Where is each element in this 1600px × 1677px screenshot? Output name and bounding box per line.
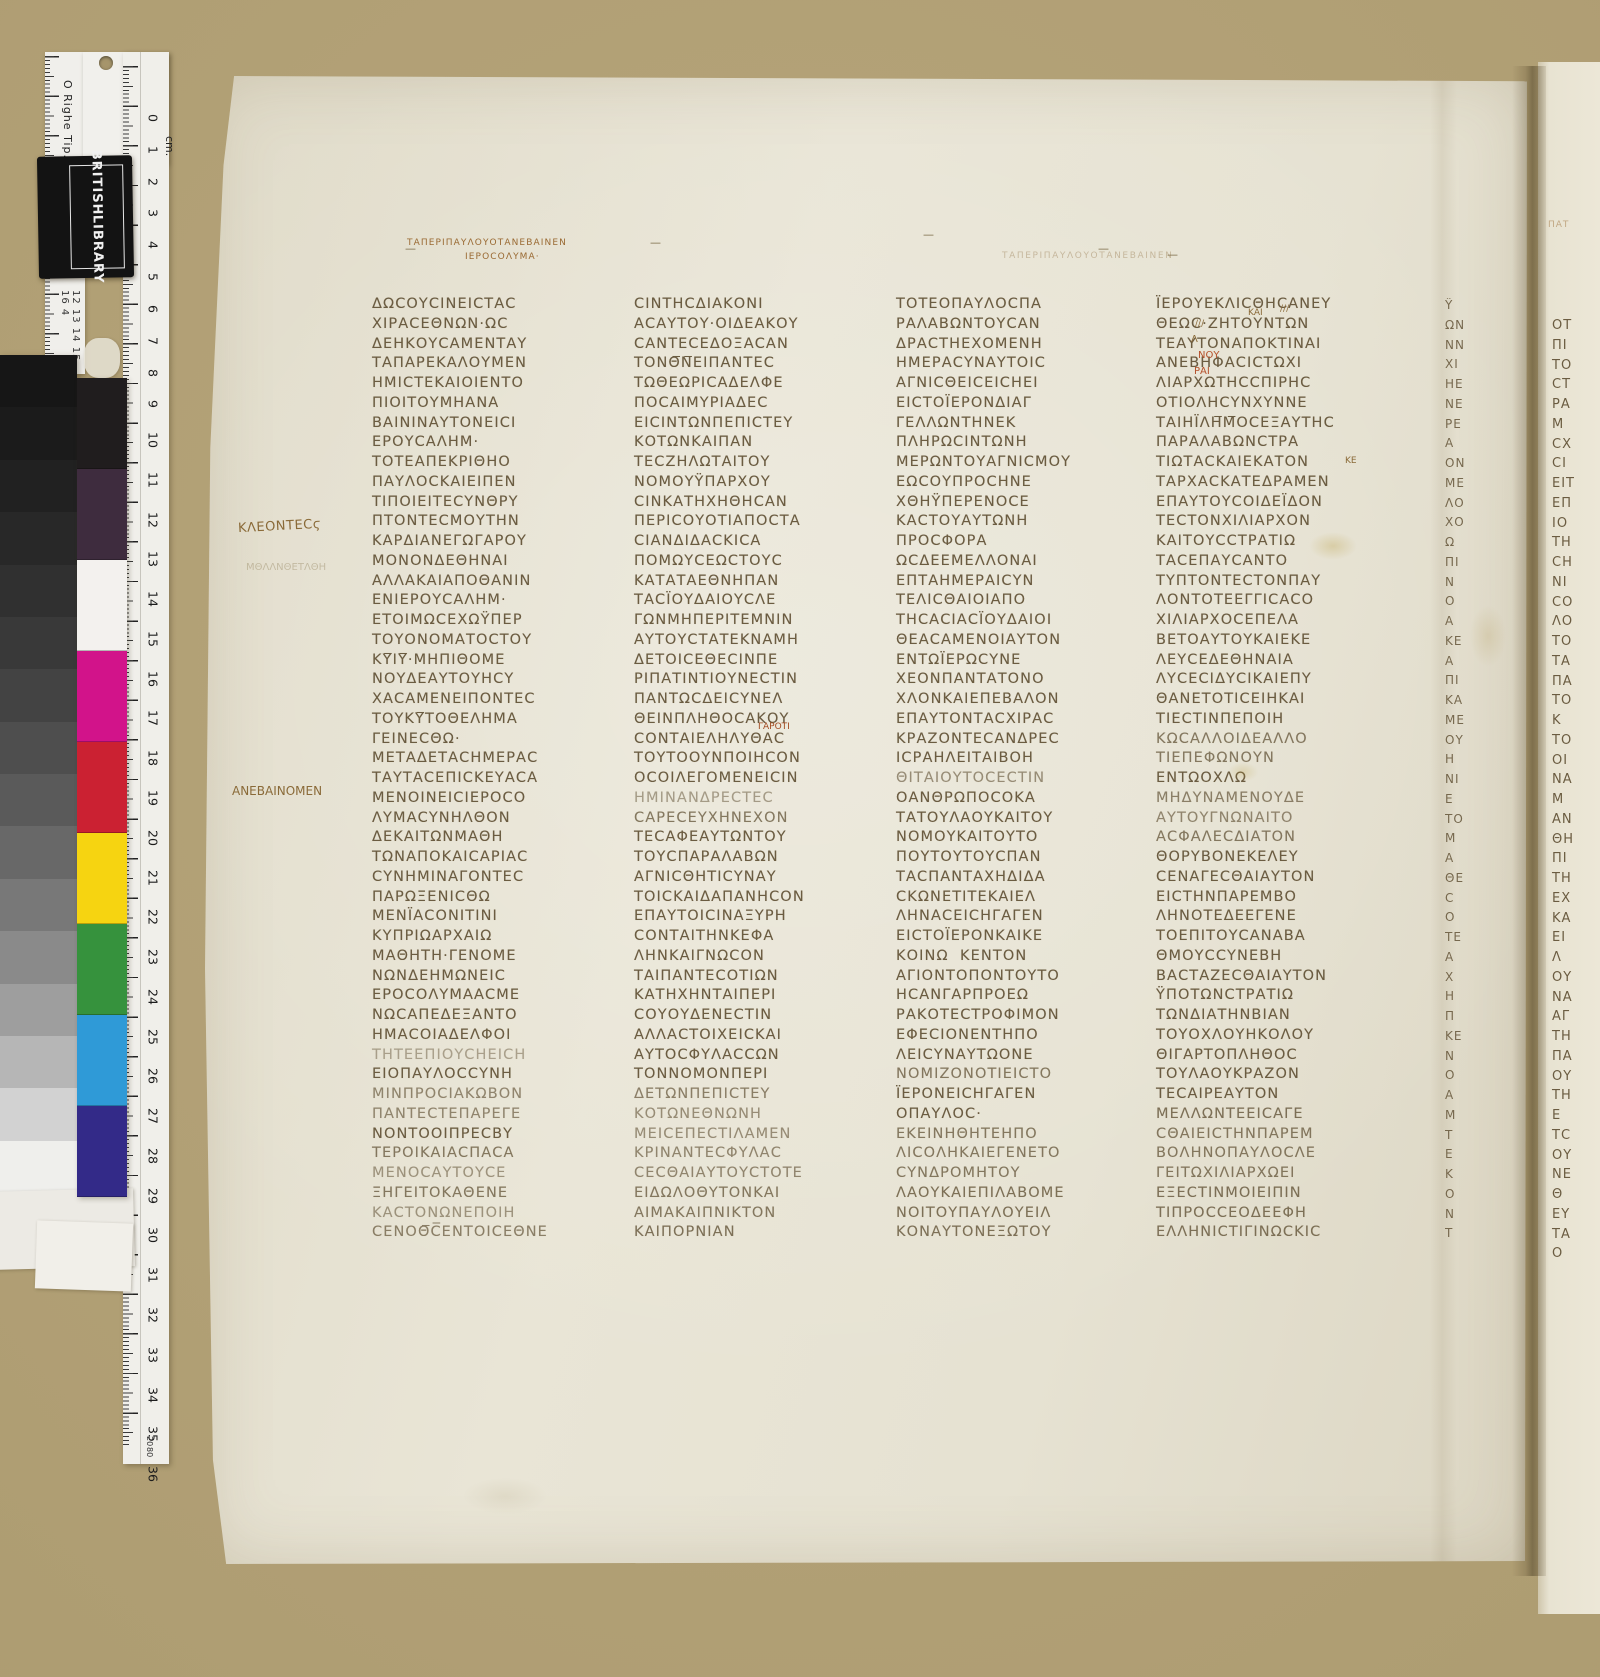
- text-fragment: ΟΝ: [1445, 456, 1489, 476]
- text-fragment: Ο: [1445, 1068, 1489, 1088]
- text-line: ΛΗΝΚΑΙΓΝΩCΟΝ: [634, 948, 896, 968]
- margin-annotation: ΜΘΛΛΝΘΕΤΛΘΗ: [246, 562, 326, 573]
- text-line: ΒΑCΤΑΖΕCΘΑΙΑΥΤΟΝ: [1156, 968, 1432, 988]
- text-line: ΚΡΑΖΟΝΤΕCΑΝΔΡΕC: [896, 731, 1154, 751]
- margin-annotation: ∕∕∕: [1280, 304, 1289, 314]
- text-fragment: ΝΕ: [1552, 1167, 1600, 1187]
- text-line: ΠΟCΑΙΜΥΡΙΑΔΕC: [634, 395, 896, 415]
- text-line: ΕΠΑΥΤΟΝΤΑCΧΙΡΑC: [896, 711, 1154, 731]
- text-line: ΠΛΗΡΩCΙΝΤΩΝΗ: [896, 434, 1154, 454]
- text-fragment: ΕΧ: [1552, 891, 1600, 911]
- text-fragment: ΕΙ: [1552, 930, 1600, 950]
- text-line: ΝΟΙΤΟΥΠΑΥΛΟΥΕΙΛ: [896, 1205, 1154, 1225]
- text-line: ΕΙΟΠΑΥΛΟCCΥΝΗ: [372, 1066, 634, 1086]
- text-line: CΟΝΤΑΙΤΗΝΚΕΦΑ: [634, 928, 896, 948]
- text-line: ΜΙΝΠΡΟCΙΑΚΩΒΟΝ: [372, 1086, 634, 1106]
- color-patch: [77, 924, 127, 1015]
- text-line: ΑΛΛΑΚΑΙΑΠΟΘΑΝΙΝ: [372, 573, 634, 593]
- text-line: ΑΓΝΙCΘΕΙCΕΙCΗΕΙ: [896, 375, 1154, 395]
- text-fragment: Ν: [1445, 1049, 1489, 1069]
- text-line: ΕΙΔΩΛΟΘΥΤΟΝΚΑΙ: [634, 1185, 896, 1205]
- next-folio-title-fragment: ΠΑΤ: [1548, 220, 1569, 230]
- text-fragment: ΧΙ: [1445, 357, 1489, 377]
- text-line: ΠΕΡΙCΟΥΟΤΙΑΠΟCΤΑ: [634, 513, 896, 533]
- ruler-number: 2: [146, 178, 161, 186]
- margin-annotation: ΚΑΙ: [1248, 308, 1263, 318]
- ruler-number: 7: [146, 337, 161, 345]
- ruler-number: 12: [146, 512, 161, 528]
- text-line: CΙΝΚΑΤΗΧΗΘΗCΑΝ: [634, 494, 896, 514]
- text-line: ΜΗΔΥΝΑΜΕΝΟΥΔΕ: [1156, 790, 1432, 810]
- grayscale-step: [0, 460, 77, 512]
- text-line: ΒΕΤΟΑΥΤΟΥΚΑΙΕΚΕ: [1156, 632, 1432, 652]
- text-fragment: CΟ: [1552, 595, 1600, 615]
- text-line: ΚΥ̅ΙΥ̅·ΜΗΠΙΘΟΜΕ: [372, 652, 634, 672]
- color-patch: [77, 1106, 127, 1197]
- text-line: ΠΤΟΝΤΕCΜΟΥΤΗΝ: [372, 513, 634, 533]
- text-line: CΚΩΝΕΤΙΤΕΚΑΙΕΛ: [896, 889, 1154, 909]
- grayscale-step: [0, 407, 77, 459]
- text-line: ΕΤΟΙΜΩCΕΧΩΫΠΕΡ: [372, 612, 634, 632]
- ruler-number: 23: [146, 949, 161, 965]
- text-fragment: ΩΝ: [1445, 318, 1489, 338]
- text-fragment: Μ: [1552, 792, 1600, 812]
- text-line: ΟΑΝΘΡΩΠΟCΟΚΑ: [896, 790, 1154, 810]
- text-line: ΔΕΗΚΟΥCΑΜΕΝΤΑΥ: [372, 336, 634, 356]
- text-line: ΚΑΤΗΧΗΝΤΑΙΠΕΡΙ: [634, 987, 896, 1007]
- next-folio-text-fragments: ΟΤΠΙΤΟCΤΡΑΜCΧCΙΕΙΤΕΠΙΟΤΗCΗΝΙCΟΛΟΤΟΤΑΠΑΤΟ…: [1552, 318, 1600, 1266]
- text-line: ΛΕΙCΥΝΑΥΤΩΟΝΕ: [896, 1047, 1154, 1067]
- text-line: ΕΝΙΕΡΟΥCΑΛΗΜ·: [372, 592, 634, 612]
- text-fragment: ΤΗ: [1552, 1029, 1600, 1049]
- running-title-line1: ΤΑΠΕΡΙΠΑΥΛΟΥΟΤΑΝΕΒΑΙΝΕΝ: [407, 238, 567, 248]
- ruler-number: 10: [146, 432, 161, 448]
- color-patch: [77, 469, 127, 560]
- ruler-number: 5: [146, 273, 161, 281]
- text-line: ΜΕΙCΕΠΕCΤΙΛΑΜΕΝ: [634, 1126, 896, 1146]
- text-line: ΟΠΑΥΛΟC·: [896, 1106, 1154, 1126]
- text-line: ΤΑΤΟΥΛΑΟΥΚΑΙΤΟΥ: [896, 810, 1154, 830]
- text-fragment: ΝΙ: [1552, 575, 1600, 595]
- text-fragment: Ε: [1445, 792, 1489, 812]
- text-fragment: ΕΙΤ: [1552, 476, 1600, 496]
- text-line: ΑΥΤΟΥCΤΑΤΕΚΝΑΜΗ: [634, 632, 896, 652]
- text-line: ΑΥΤΟCΦΥΛΑCCΩΝ: [634, 1047, 896, 1067]
- grayscale-step: [0, 1088, 77, 1140]
- text-line: ΝΟΝΤΟΟΙΠΡΕCΒΥ: [372, 1126, 634, 1146]
- punch-hole: [99, 56, 113, 70]
- text-fragment: ΠΙ: [1445, 555, 1489, 575]
- margin-annotation: —: [405, 242, 416, 255]
- text-line: ΑCΦΑΛΕCΔΙΑΤΟΝ: [1156, 829, 1432, 849]
- text-line: ΤΗΤΕΕΠΙΟΥCΗΕΙCΗ: [372, 1047, 634, 1067]
- page-edge-text-fragments: ΫΩΝΝΝΧΙΗΕΝΕΡΕΑΟΝΜΕΛΟΧΟΩΠΙΝΟΑΚΕΑΠΙΚΑΜΕΟΥΗ…: [1445, 298, 1489, 1246]
- text-line: ΤΟΕΠΙΤΟΥCΑΝΑΒΑ: [1156, 928, 1432, 948]
- text-line: ΘΙΤΑΙΟΥΤΟCΕCΤΙΝ: [896, 770, 1154, 790]
- text-line: ΤΕCΑΙΡΕΑΥΤΟΝ: [1156, 1086, 1432, 1106]
- ruler-number: 20: [146, 830, 161, 846]
- text-line: ΛΥCΕCΙΔΥCΙΚΑΙΕΠΥ: [1156, 671, 1432, 691]
- text-line: ΤΙΠΡΟCCΕΟΔΕΕΦΗ: [1156, 1205, 1432, 1225]
- text-line: ΤΕΛΙCΘΑΙΟΙΑΠΟ: [896, 592, 1154, 612]
- grayscale-step: [0, 617, 77, 669]
- text-line: ΚΑΡΔΙΑΝΕΓΩΓΑΡΟΥ: [372, 533, 634, 553]
- ruler-number: 29: [146, 1188, 161, 1204]
- text-line: ΤΑCΪΟΥΔΑΙΟΥCΛΕ: [634, 592, 896, 612]
- text-fragment: ΡΑ: [1552, 397, 1600, 417]
- paper-scrap: [84, 338, 120, 378]
- text-line: ΜΕΡΩΝΤΟΥΑΓΝΙCΜΟΥ: [896, 454, 1154, 474]
- margin-annotation: ΓΑΡΟΤΙ: [758, 722, 790, 732]
- margin-annotation: ΡΑΙ: [1194, 366, 1210, 377]
- text-line: ΕΙCΤΟΪΕΡΟΝΔΙΑΓ: [896, 395, 1154, 415]
- ruler-number: 36: [146, 1466, 161, 1482]
- grayscale-step: [0, 355, 77, 407]
- british-library-tag: BRITISH LIBRARY: [37, 155, 134, 279]
- text-line: ΕΝΤΩΪΕΡΩCΥΝΕ: [896, 652, 1154, 672]
- text-line: ΠΡΟCΦΟΡΑ: [896, 533, 1154, 553]
- color-patch: [77, 742, 127, 833]
- grayscale-target: [0, 355, 77, 1193]
- text-fragment: Α: [1445, 851, 1489, 871]
- text-line: CΙΑΝΔΙΔΑCΚΙCΑ: [634, 533, 896, 553]
- text-line: ΕΡΟΥCΑΛΗΜ·: [372, 434, 634, 454]
- text-fragment: ΧΟ: [1445, 515, 1489, 535]
- grayscale-step: [0, 565, 77, 617]
- text-fragment: Μ: [1445, 831, 1489, 851]
- tag-line-british: BRITISH: [87, 149, 105, 215]
- text-fragment: ΤΕ: [1445, 930, 1489, 950]
- text-fragment: ΤΑ: [1552, 1227, 1600, 1247]
- next-folio-edge: ΠΑΤ ΟΤΠΙΤΟCΤΡΑΜCΧCΙΕΙΤΕΠΙΟΤΗCΗΝΙCΟΛΟΤΟΤΑ…: [1538, 62, 1600, 1614]
- grayscale-step: [0, 984, 77, 1036]
- text-fragment: ΤΟ: [1445, 812, 1489, 832]
- text-line: ΔΕΤΟΙCΕΘΕCΙΝΠΕ: [634, 652, 896, 672]
- ruler-number: 0: [146, 114, 161, 122]
- text-line: ΡΙΠΑΤΙΝΤΙΟΥΝΕCΤΙΝ: [634, 671, 896, 691]
- text-line: CΙΝΤΗCΔΙΑΚΟΝΙ: [634, 296, 896, 316]
- tag-text: BRITISH LIBRARY: [87, 149, 106, 284]
- text-line: ΪΕΡΟΝΕΙCΗΓΑΓΕΝ: [896, 1086, 1154, 1106]
- text-line: ΘΟΡΥΒΟΝΕΚΕΛΕΥ: [1156, 849, 1432, 869]
- ruler-number: 13: [146, 551, 161, 567]
- text-line: ΕΡΟCΟΛΥΜΑΑCΜΕ: [372, 987, 634, 1007]
- text-line: ΚΡΙΝΑΝΤΕCΦΥΛΑC: [634, 1145, 896, 1165]
- text-line: ΔΡΑCΤΗΕΧΟΜΕΝΗ: [896, 336, 1154, 356]
- text-fragment: Τ: [1445, 1128, 1489, 1148]
- grayscale-step: [0, 722, 77, 774]
- ruler-number: 19: [146, 790, 161, 806]
- text-line: ΤΟΥCΠΑΡΑΛΑΒΩΝ: [634, 849, 896, 869]
- text-fragment: ΡΕ: [1445, 417, 1489, 437]
- text-line: ΕΙCΤΗΝΠΑΡΕΜΒΟ: [1156, 889, 1432, 909]
- color-patch: [77, 560, 127, 651]
- text-line: ΧΙΛΙΑΡΧΟCΕΠΕΛΑ: [1156, 612, 1432, 632]
- color-patch: [77, 1015, 127, 1106]
- text-line: ΤΟΥΚΥ̅ΤΟΘΕΛΗΜΑ: [372, 711, 634, 731]
- text-fragment: ΑΝ: [1552, 812, 1600, 832]
- text-line: ΚΑCΤΟΝΩΝΕΠΟΙΗ: [372, 1205, 634, 1225]
- text-line: ΕΠΑΥΤΟΙCΙΝΑΞΥΡΗ: [634, 908, 896, 928]
- text-line: ΝΟΥΔΕΑΥΤΟΥΗCΥ: [372, 671, 634, 691]
- text-line: ΛΕΥCΕΔΕΘΗΝΑΙΑ: [1156, 652, 1432, 672]
- text-line: ΛΙΑΡΧΩΤΗCCΠΙΡΗC: [1156, 375, 1432, 395]
- text-line: ΓΩΝΜΗΠΕΡΙΤΕΜΝΙΝ: [634, 612, 896, 632]
- ruler-number: 32: [146, 1307, 161, 1323]
- text-line: ΘΑΝΕΤΟΤΙCΕΙΗΚΑΙ: [1156, 691, 1432, 711]
- text-line: ΜΕΝΟCΑΥΤΟΥCΕ: [372, 1165, 634, 1185]
- text-line: ΜΕΛΛΩΝΤΕΕΙCΑΓΕ: [1156, 1106, 1432, 1126]
- grayscale-step: [0, 1141, 77, 1193]
- text-fragment: ΚΕ: [1445, 1029, 1489, 1049]
- text-line: ΗΜΑCΟΙΑΔΕΛΦΟΙ: [372, 1027, 634, 1047]
- text-fragment: ΠΑ: [1552, 674, 1600, 694]
- text-line: ΝΟΜΟΥΫΠΑΡΧΟΥ: [634, 474, 896, 494]
- text-fragment: ΝΑ: [1552, 772, 1600, 792]
- text-fragment: Κ: [1552, 713, 1600, 733]
- text-fragment: ΚΑ: [1445, 693, 1489, 713]
- text-line: ΕΦΕCΙΟΝΕΝΤΗΠΟ: [896, 1027, 1154, 1047]
- ruler-numbers: 0123456789101112131415161718192021222324…: [143, 114, 163, 1482]
- text-line: CΕCΘΑΙΑΥΤΟΥCΤΟΤΕ: [634, 1165, 896, 1185]
- text-line: ΤΕΡΟΙΚΑΙΑCΠΑCΑ: [372, 1145, 634, 1165]
- text-fragment: ΝΑ: [1552, 990, 1600, 1010]
- margin-annotation: —: [923, 228, 934, 241]
- text-line: ΤΑCΠΑΝΤΑΧΗΔΙΔΑ: [896, 869, 1154, 889]
- tag-border: BRITISH LIBRARY: [69, 164, 125, 269]
- text-line: ΛΙCΟΛΗΚΑΙΕΓΕΝΕΤΟ: [896, 1145, 1154, 1165]
- text-line: ΜΑΘΗΤΗ·ΓΕΝΟΜΕ: [372, 948, 634, 968]
- text-column-4: ΪΕΡΟΥΕΚΛΙCΘΗCΑΝΕΥΘΕΩC·ΖΗΤΟΥΝΤΩΝΤΕΑΥΤΟΝΑΠ…: [1156, 296, 1432, 1244]
- text-line: ΤΙΩΤΑCΚΑΙΕΚΑΤΟΝ: [1156, 454, 1432, 474]
- text-fragment: Ο: [1445, 910, 1489, 930]
- grayscale-step: [0, 512, 77, 564]
- text-line: CΟΝΤΑΙΕΛΗΛΥΘΑC: [634, 731, 896, 751]
- text-line: ΤΩΘΕΩΡΙCΑΔΕΛΦΕ: [634, 375, 896, 395]
- text-line: ΤΟΥΟΧΛΟΥΗΚΟΛΟΥ: [1156, 1027, 1432, 1047]
- text-line: ΤΗCΑCΙΑCΪΟΥΔΑΙΟΙ: [896, 612, 1154, 632]
- color-patch: [77, 651, 127, 742]
- text-line: ΤΟΝΝΟΜΟΝΠΕΡΙ: [634, 1066, 896, 1086]
- text-line: ΠΑΝΤΩCΔΕΙCΥΝΕΛ: [634, 691, 896, 711]
- text-fragment: ΟΙ: [1552, 753, 1600, 773]
- text-fragment: ΝΙ: [1445, 772, 1489, 792]
- text-line: ΓΕΙΤΩΧΙΛΙΑΡΧΩΕΙ: [1156, 1165, 1432, 1185]
- text-line: ΝΟΜΙΖΟΝΟΤΙΕΙCΤΟ: [896, 1066, 1154, 1086]
- text-line: ΚΑΤΑΤΑΕΘΝΗΠΑΝ: [634, 573, 896, 593]
- text-fragment: Ε: [1445, 1147, 1489, 1167]
- text-line: CΑΡΕCΕΥΧΗΝΕΧΟΝ: [634, 810, 896, 830]
- grayscale-step: [0, 931, 77, 983]
- text-fragment: Κ: [1445, 1167, 1489, 1187]
- text-line: ΪΕΡΟΥΕΚΛΙCΘΗCΑΝΕΥ: [1156, 296, 1432, 316]
- text-line: CΘΑΙΕΙCΤΗΝΠΑΡΕΜ: [1156, 1126, 1432, 1146]
- text-fragment: ΤΟ: [1552, 693, 1600, 713]
- grayscale-step: [0, 826, 77, 878]
- text-line: CΥΝΔΡΟΜΗΤΟΥ: [896, 1165, 1154, 1185]
- ruler-number: 22: [146, 909, 161, 925]
- ruler-number: 17: [146, 710, 161, 726]
- text-fragment: ΛΟ: [1552, 614, 1600, 634]
- ruler-number: 33: [146, 1347, 161, 1363]
- text-fragment: Α: [1445, 1088, 1489, 1108]
- text-fragment: Η: [1445, 989, 1489, 1009]
- text-line: ΟΤΙΟΛΗCΥΝΧΥΝΝΕ: [1156, 395, 1432, 415]
- text-line: ΗCΑΝΓΑΡΠΡΟΕΩ: [896, 987, 1154, 1007]
- margin-annotation: Λ: [1191, 334, 1198, 345]
- text-line: ΒΑΙΝΙΝΑΥΤΟΝΕΙCΙ: [372, 415, 634, 435]
- text-fragment: ΟΤ: [1552, 318, 1600, 338]
- ruler-number: 34: [146, 1387, 161, 1403]
- manuscript-photograph: O Righe Tip. 1 2 3 4 12 13 14 15 16 4 cm…: [0, 0, 1600, 1677]
- text-line: ΤΟΥΟΝΟΜΑΤΟCΤΟΥ: [372, 632, 634, 652]
- text-fragment: ΛΟ: [1445, 496, 1489, 516]
- text-fragment: Ω: [1445, 535, 1489, 555]
- text-fragment: ΠΙ: [1552, 338, 1600, 358]
- text-line: ΚΥΠΡΙΩΑΡΧΑΙΩ: [372, 928, 634, 948]
- ruler-number: 14: [146, 591, 161, 607]
- ruler-number: 15: [146, 631, 161, 647]
- manuscript-page: ΤΑΠΕΡΙΠΑΥΛΟΥΟΤΑΝΕΒΑΙΝΕΝ ΙΕΡΟCΟΛΥΜΑ· ΤΑΠΕ…: [205, 76, 1527, 1564]
- text-fragment: Χ: [1445, 970, 1489, 990]
- text-line: ΫΠΟΤΩΝCΤΡΑΤΙΩ: [1156, 987, 1432, 1007]
- text-line: ΤΑΙΗΪΛΗ̅Μ̅ΟCΕΞΑΥΤΗC: [1156, 415, 1432, 435]
- text-line: ΘΙΓΑΡΤΟΠΛΗΘΟC: [1156, 1047, 1432, 1067]
- text-fragment: ΘΗ: [1552, 832, 1600, 852]
- text-line: ΤΑΠΑΡΕΚΑΛΟΥΜΕΝ: [372, 355, 634, 375]
- text-line: ΧΑCΑΜΕΝΕΙΠΟΝΤΕC: [372, 691, 634, 711]
- ruler-number: 27: [146, 1108, 161, 1124]
- text-fragment: ΟΥ: [1445, 733, 1489, 753]
- text-fragment: ΘΕ: [1445, 871, 1489, 891]
- text-line: ΤΩΝΑΠΟΚΑΙCΑΡΙΑC: [372, 849, 634, 869]
- text-fragment: ΗΕ: [1445, 377, 1489, 397]
- text-line: ΔΩCΟΥCΙΝΕΙCΤΑC: [372, 296, 634, 316]
- text-fragment: ΤΗ: [1552, 1088, 1600, 1108]
- text-line: ΑΙΜΑΚΑΙΠΝΙΚΤΟΝ: [634, 1205, 896, 1225]
- text-line: ΠΑΡΑΛΑΒΩΝCΤΡΑ: [1156, 434, 1432, 454]
- margin-annotation: ΝΟΥ: [1198, 350, 1219, 361]
- text-line: ΜΕΤΑΔΕΤΑCΗΜΕΡΑC: [372, 750, 634, 770]
- text-line: ΝΟΜΟΥΚΑΙΤΟΥΤΟ: [896, 829, 1154, 849]
- text-line: ΜΟΝΟΝΔΕΘΗΝΑΙ: [372, 553, 634, 573]
- text-line: ΠΙΟΙΤΟΥΜΗΑΝΑ: [372, 395, 634, 415]
- text-line: ΗΜΙΝΑΝΔΡΕCΤΕC: [634, 790, 896, 810]
- ruler-number: 9: [146, 400, 161, 408]
- color-target: [77, 378, 127, 1197]
- text-fragment: Θ: [1552, 1187, 1600, 1207]
- text-fragment: CΗ: [1552, 555, 1600, 575]
- text-line: ΤΕCΤΟΝΧΙΛΙΑΡΧΟΝ: [1156, 513, 1432, 533]
- text-fragment: CΤ: [1552, 377, 1600, 397]
- text-line: ΚΑCΤΟΥΑΥΤΩΝΗ: [896, 513, 1154, 533]
- paper-scrap: [35, 1220, 133, 1291]
- text-line: ΑΥΤΟΥΓΝΩΝΑΙΤΟ: [1156, 810, 1432, 830]
- text-fragment: ΕΠ: [1552, 496, 1600, 516]
- grayscale-step: [0, 1036, 77, 1088]
- text-line: ΤΟΤΕΟΠΑΥΛΟCΠΑ: [896, 296, 1154, 316]
- text-line: ΑΓΝΙCΘΗΤΙCΥΝΑΥ: [634, 869, 896, 889]
- ruler-number: 24: [146, 989, 161, 1005]
- text-line: ΤΑΡΧΑCΚΑΤΕΔΡΑΜΕΝ: [1156, 474, 1432, 494]
- ruler-number: 26: [146, 1068, 161, 1084]
- text-fragment: ΟΥ: [1552, 1148, 1600, 1168]
- text-fragment: Α: [1445, 436, 1489, 456]
- text-line: ΠΑΡΩΞΕΝΙCΘΩ: [372, 889, 634, 909]
- text-fragment: ΟΥ: [1552, 970, 1600, 990]
- text-line: ΗΜΕΡΑCΥΝΑΥΤΟΙC: [896, 355, 1154, 375]
- ruler-number: 16: [146, 671, 161, 687]
- text-line: ΚΟΤΩΝΚΑΙΠΑΝ: [634, 434, 896, 454]
- grayscale-step: [0, 879, 77, 931]
- text-fragment: ΠΑ: [1552, 1049, 1600, 1069]
- text-line: ΜΕΝΟΙΝΕΙCΙΕΡΟCΟ: [372, 790, 634, 810]
- text-fragment: ΤC: [1552, 1128, 1600, 1148]
- text-line: ΠΑΝΤΕCΤΕΠΑΡΕΓΕ: [372, 1106, 634, 1126]
- text-fragment: Τ: [1445, 1226, 1489, 1246]
- text-fragment: Η: [1445, 752, 1489, 772]
- text-line: ΤΟΥΛΑΟΥΚΡΑΖΟΝ: [1156, 1066, 1432, 1086]
- text-line: ΚΟΤΩΝΕΘΝΩΝΗ: [634, 1106, 896, 1126]
- text-fragment: Ν: [1445, 1207, 1489, 1227]
- margin-annotation: ∕∕∕: [1195, 319, 1204, 329]
- text-line: ΔΕΤΩΝΠΕΠΙCΤΕΥ: [634, 1086, 896, 1106]
- text-line: ΡΑΛΑΒΩΝΤΟΥCΑΝ: [896, 316, 1154, 336]
- text-fragment: ΤΟ: [1552, 634, 1600, 654]
- text-line: ΤΙΠΟΙΕΙΤΕCΥΝΘΡΥ: [372, 494, 634, 514]
- text-line: ΒΟΛΗΝΟΠΑΥΛΟCΛΕ: [1156, 1145, 1432, 1165]
- text-line: CΟΥΟΥΔΕΝΕCΤΙΝ: [634, 1007, 896, 1027]
- margin-annotation: —: [1167, 248, 1178, 261]
- text-line: ΛΗΝΑCΕΙCΗΓΑΓΕΝ: [896, 908, 1154, 928]
- text-line: ΕΝΤΩΟΧΛΩ: [1156, 770, 1432, 790]
- text-fragment: CΧ: [1552, 437, 1600, 457]
- text-column-3: ΤΟΤΕΟΠΑΥΛΟCΠΑΡΑΛΑΒΩΝΤΟΥCΑΝΔΡΑCΤΗΕΧΟΜΕΝΗΗ…: [896, 296, 1154, 1244]
- text-line: ΧΛΟΝΚΑΙΕΠΕΒΑΛΟΝ: [896, 691, 1154, 711]
- text-line: ΤΑCΕΠΑΥCΑΝΤΟ: [1156, 553, 1432, 573]
- text-line: CΕΝΑΓΕCΘΑΙΑΥΤΟΝ: [1156, 869, 1432, 889]
- ruler-number: 31: [146, 1267, 161, 1283]
- text-line: ΕΩCΟΥΠΡΟCΗΝΕ: [896, 474, 1154, 494]
- text-line: ΤΕCΖΗΛΩΤΑΙΤΟΥ: [634, 454, 896, 474]
- text-line: CΥΝΗΜΙΝΑΓΟΝΤΕC: [372, 869, 634, 889]
- text-fragment: ΤΑ: [1552, 654, 1600, 674]
- text-line: ΘΕΑCΑΜΕΝΟΙΑΥΤΟΝ: [896, 632, 1154, 652]
- text-fragment: ΝΕ: [1445, 397, 1489, 417]
- ruler-number: 30: [146, 1227, 161, 1243]
- text-line: ΛΗΝΟΤΕΔΕΕΓΕΝΕ: [1156, 908, 1432, 928]
- text-line: ΕΠΤΑΗΜΕΡΑΙCΥΝ: [896, 573, 1154, 593]
- text-line: ΛΥΜΑCΥΝΗΛΘΟΝ: [372, 810, 634, 830]
- text-line: ΤΟΝΘ̅Ν̅ΕΙΠΑΝΤΕC: [634, 355, 896, 375]
- margin-annotation: ΚΕ: [1345, 456, 1357, 466]
- text-line: ΤΕCΑΦΕΑΥΤΩΝΤΟΥ: [634, 829, 896, 849]
- text-fragment: Λ: [1552, 950, 1600, 970]
- text-line: ΚΟΝΑΥΤΟΝΕΞΩΤΟΥ: [896, 1224, 1154, 1244]
- text-line: ΓΕΙΝΕCΘΩ·: [372, 731, 634, 751]
- running-title-offset-impression: ΤΑΠΕΡΙΠΑΥΛΟΥΟΤΑΝΕΒΑΙΝΕΝ: [1002, 251, 1173, 261]
- color-patch: [77, 833, 127, 924]
- text-line: ΔΕΚΑΙΤΩΝΜΑΘΗ: [372, 829, 634, 849]
- ruler-number: 6: [146, 305, 161, 313]
- ruler-number: 11: [146, 472, 161, 488]
- margin-annotation: —: [1098, 242, 1109, 255]
- text-fragment: Α: [1445, 614, 1489, 634]
- text-fragment: Α: [1445, 950, 1489, 970]
- ruler-number: 8: [146, 369, 161, 377]
- text-line: ΝΩΝΔΕΗΜΩΝΕΙC: [372, 968, 634, 988]
- ruler-unit-label: cm.: [163, 136, 176, 156]
